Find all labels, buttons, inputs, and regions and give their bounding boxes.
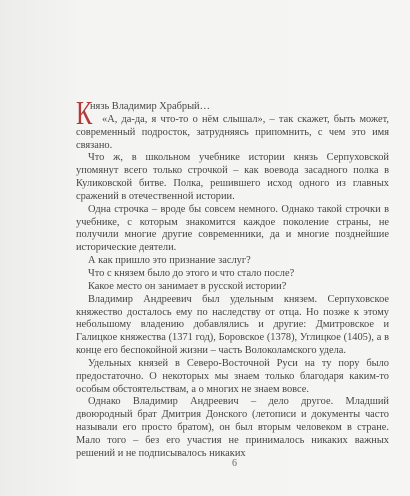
opening-paragraph: Князь Владимир Храбрый…: [76, 101, 389, 114]
paragraph: Удельных князей в Северо-Восточной Руси …: [76, 358, 389, 397]
paragraph: Что ж, в школьном учебнике истории князь…: [76, 152, 389, 203]
opening-line: нязь Владимир Храбрый…: [90, 101, 210, 112]
drop-cap: К: [76, 102, 85, 126]
paragraph: Одна строчка – вроде бы совсем немного. …: [76, 204, 389, 255]
paragraph: Какое место он занимает в русской истори…: [76, 281, 389, 294]
book-page: Князь Владимир Храбрый… «А, да-да, я что…: [0, 0, 410, 496]
body-text: Князь Владимир Храбрый… «А, да-да, я что…: [76, 101, 389, 461]
page-number: 6: [232, 458, 237, 469]
paragraph: Владимир Андреевич был удельным князем. …: [76, 294, 389, 358]
paragraph: А как пришло это признание заслуг?: [76, 255, 389, 268]
paragraph: Что с князем было до этого и что стало п…: [76, 268, 389, 281]
paragraph: «А, да-да, я что-то о нём слышал», – так…: [76, 114, 389, 153]
paragraph: Однако Владимир Андреевич – дело другое.…: [76, 396, 389, 460]
